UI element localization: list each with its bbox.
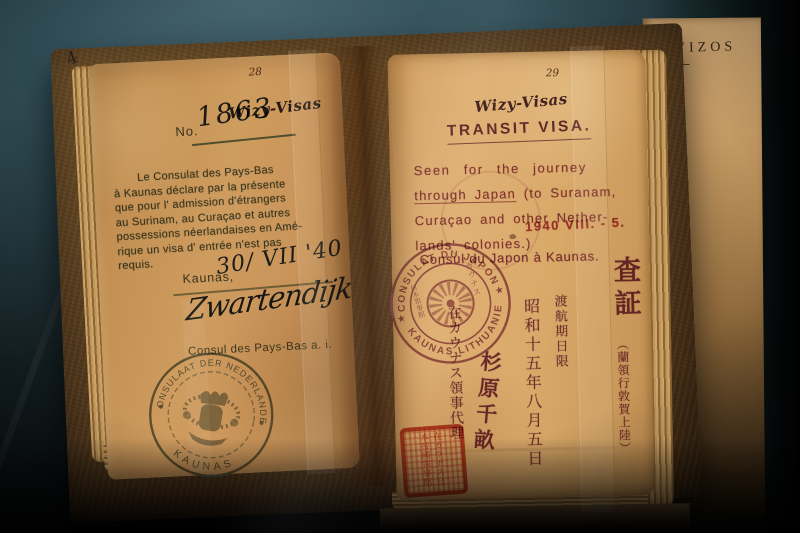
visa-no-label: No. bbox=[175, 123, 199, 139]
bottom-shadow bbox=[0, 438, 800, 533]
transit-visa-title: TRANSIT VISA. bbox=[447, 117, 592, 145]
page-number: 29 bbox=[546, 67, 560, 79]
calligraphy-travel-deadline: 渡航期日限 bbox=[550, 294, 571, 369]
star-separator-icon: ★ bbox=[494, 284, 506, 297]
visa-number-handwritten: 1863 bbox=[195, 92, 275, 133]
visa-number-underline bbox=[192, 134, 296, 146]
page-number: 28 bbox=[248, 66, 262, 79]
right-page: 29 Wizy-Visas TRANSIT VISA. Seen for the… bbox=[387, 49, 654, 500]
star-separator-icon: ★ bbox=[396, 313, 408, 326]
museum-photo-passport: VIZOS — 4 32 28 Wizy-Visas No. 1863 Le C… bbox=[0, 0, 800, 533]
svg-text:CONSULAT DU JAPON: CONSULAT DU JAPON bbox=[384, 236, 501, 314]
jp-stamp-top-arc-text: CONSULAT DU JAPON bbox=[384, 236, 501, 314]
wizy-visas-script: Wizy-Visas bbox=[474, 90, 569, 116]
vizos-header: VIZOS — bbox=[675, 39, 762, 73]
calligraphy-visa-heading: 査証 bbox=[606, 255, 646, 322]
